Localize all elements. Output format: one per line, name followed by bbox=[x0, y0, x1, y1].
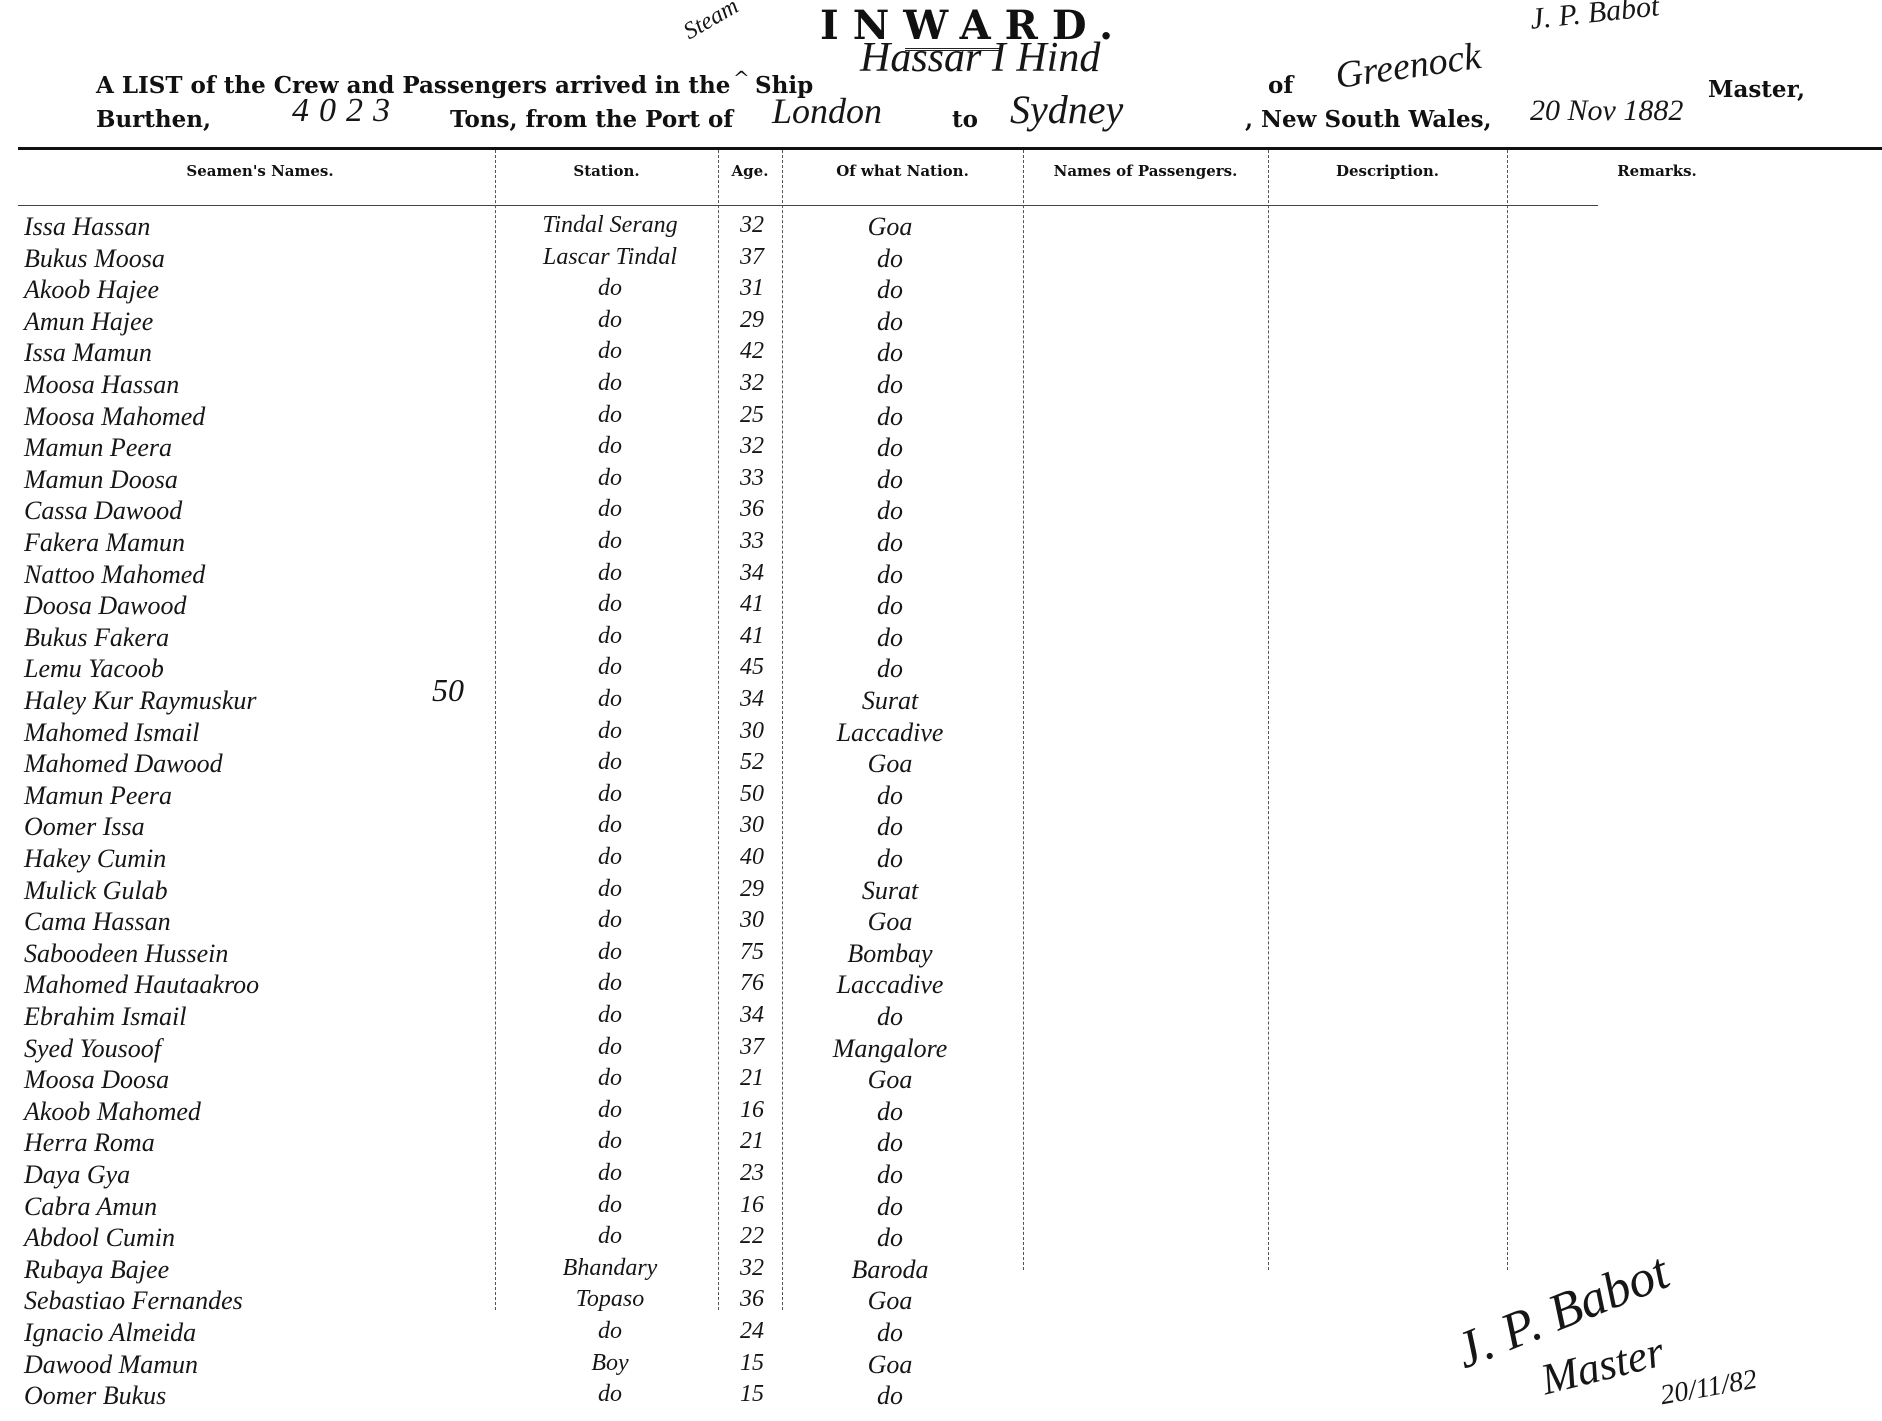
burthen-value: 4023 bbox=[292, 92, 400, 130]
seaman-nation: Mangalore bbox=[790, 1034, 990, 1064]
crew-row: Amun Hajee do 29 do bbox=[0, 307, 1000, 333]
crew-row: Akoob Hajee do 31 do bbox=[0, 275, 1000, 301]
crew-row: Cama Hassan do 30 Goa bbox=[0, 907, 1000, 933]
crew-row: Ignacio Almeida do 24 do bbox=[0, 1318, 1000, 1344]
insertion-caret-icon: ^ bbox=[733, 66, 750, 90]
seaman-name: Mamun Peera bbox=[24, 433, 172, 463]
seaman-nation: do bbox=[790, 844, 990, 874]
seaman-age: 37 bbox=[722, 1034, 782, 1061]
seaman-name: Oomer Issa bbox=[24, 812, 145, 842]
seaman-nation: Laccadive bbox=[790, 718, 990, 748]
crew-row: Herra Roma do 21 do bbox=[0, 1128, 1000, 1154]
seaman-age: 41 bbox=[722, 623, 782, 650]
seaman-age: 32 bbox=[722, 212, 782, 239]
column-header-remarks: Remarks. bbox=[1507, 162, 1807, 180]
crew-row: Doosa Dawood do 41 do bbox=[0, 591, 1000, 617]
seaman-age: 25 bbox=[722, 402, 782, 429]
seaman-station: do bbox=[500, 560, 720, 587]
crew-row: Mamun Peera do 32 do bbox=[0, 433, 1000, 459]
seaman-age: 29 bbox=[722, 876, 782, 903]
seaman-name: Mulick Gulab bbox=[24, 876, 168, 906]
seaman-station: do bbox=[500, 781, 720, 808]
seaman-age: 36 bbox=[722, 496, 782, 523]
signature-date: 20/11/82 bbox=[1658, 1364, 1760, 1412]
crew-row: Abdool Cumin do 22 do bbox=[0, 1223, 1000, 1249]
seaman-nation: do bbox=[790, 1192, 990, 1222]
seaman-station: do bbox=[500, 623, 720, 650]
steam-insertion: Steam bbox=[679, 0, 743, 46]
from-port: London bbox=[772, 90, 882, 132]
burthen-label: Burthen, bbox=[96, 106, 211, 133]
seaman-age: 30 bbox=[722, 718, 782, 745]
seaman-nation: Baroda bbox=[790, 1255, 990, 1285]
seaman-name: Cassa Dawood bbox=[24, 496, 182, 526]
seaman-station: do bbox=[500, 970, 720, 997]
seaman-age: 15 bbox=[722, 1381, 782, 1408]
seaman-name: Cabra Amun bbox=[24, 1192, 157, 1222]
seaman-nation: do bbox=[790, 307, 990, 337]
seaman-nation: do bbox=[790, 1160, 990, 1190]
crew-row: Hakey Cumin do 40 do bbox=[0, 844, 1000, 870]
seaman-station: do bbox=[500, 591, 720, 618]
crew-row: Ebrahim Ismail do 34 do bbox=[0, 1002, 1000, 1028]
crew-row: Oomer Bukus do 15 do bbox=[0, 1381, 1000, 1407]
seaman-name: Hakey Cumin bbox=[24, 844, 166, 874]
crew-row: Moosa Doosa do 21 Goa bbox=[0, 1065, 1000, 1091]
seaman-station: Lascar Tindal bbox=[500, 244, 720, 271]
seaman-age: 22 bbox=[722, 1223, 782, 1250]
column-header-nation: Of what Nation. bbox=[782, 162, 1023, 180]
header-rule bbox=[18, 147, 1882, 150]
seaman-name: Saboodeen Hussein bbox=[24, 939, 228, 969]
seaman-age: 16 bbox=[722, 1192, 782, 1219]
seaman-name: Mahomed Ismail bbox=[24, 718, 199, 748]
seaman-nation: do bbox=[790, 244, 990, 274]
column-header-rule bbox=[18, 205, 1598, 206]
seaman-nation: do bbox=[790, 1097, 990, 1127]
seaman-station: do bbox=[500, 1034, 720, 1061]
seaman-name: Sebastiao Fernandes bbox=[24, 1286, 243, 1316]
crew-row: Issa Hassan Tindal Serang 32 Goa bbox=[0, 212, 1000, 238]
crew-row: Bukus Fakera do 41 do bbox=[0, 623, 1000, 649]
seaman-station: do bbox=[500, 939, 720, 966]
seaman-name: Dawood Mamun bbox=[24, 1350, 198, 1380]
seaman-station: do bbox=[500, 338, 720, 365]
seaman-age: 32 bbox=[722, 1255, 782, 1282]
seaman-name: Syed Yousoof bbox=[24, 1034, 161, 1064]
seaman-age: 33 bbox=[722, 465, 782, 492]
crew-row: Moosa Hassan do 32 do bbox=[0, 370, 1000, 396]
seaman-name: Doosa Dawood bbox=[24, 591, 187, 621]
seaman-name: Haley Kur Raymuskur bbox=[24, 686, 257, 716]
seaman-station: do bbox=[500, 812, 720, 839]
seaman-nation: Goa bbox=[790, 1286, 990, 1316]
seaman-age: 21 bbox=[722, 1065, 782, 1092]
crew-row: Lemu Yacoob do 45 do bbox=[0, 654, 1000, 680]
seaman-station: do bbox=[500, 1097, 720, 1124]
seaman-station: do bbox=[500, 275, 720, 302]
seaman-station: do bbox=[500, 402, 720, 429]
seaman-nation: Goa bbox=[790, 907, 990, 937]
seaman-station: do bbox=[500, 1223, 720, 1250]
seaman-age: 24 bbox=[722, 1318, 782, 1345]
seaman-name: Ignacio Almeida bbox=[24, 1318, 196, 1348]
seaman-station: do bbox=[500, 465, 720, 492]
column-header-station: Station. bbox=[495, 162, 718, 180]
seaman-name: Lemu Yacoob bbox=[24, 654, 164, 684]
seaman-name: Herra Roma bbox=[24, 1128, 155, 1158]
seaman-age: 23 bbox=[722, 1160, 782, 1187]
seaman-nation: do bbox=[790, 1223, 990, 1253]
seaman-name: Ebrahim Ismail bbox=[24, 1002, 187, 1032]
tons-label: Tons, from the Port of bbox=[450, 106, 733, 133]
seaman-nation: Goa bbox=[790, 212, 990, 242]
seaman-station: Bhandary bbox=[500, 1255, 720, 1282]
seaman-name: Issa Hassan bbox=[24, 212, 150, 242]
seaman-age: 34 bbox=[722, 686, 782, 713]
seaman-nation: do bbox=[790, 433, 990, 463]
seaman-nation: do bbox=[790, 812, 990, 842]
seaman-station: do bbox=[500, 749, 720, 776]
margin-note: 50 bbox=[432, 672, 464, 709]
seaman-age: 36 bbox=[722, 1286, 782, 1313]
seaman-station: do bbox=[500, 1381, 720, 1408]
to-port: Sydney bbox=[1010, 86, 1123, 133]
seaman-age: 33 bbox=[722, 528, 782, 555]
seaman-name: Moosa Mahomed bbox=[24, 402, 205, 432]
home-port: Greenock bbox=[1333, 34, 1484, 98]
seaman-station: Boy bbox=[500, 1350, 720, 1377]
column-divider bbox=[1268, 150, 1269, 1270]
nsw-label: , New South Wales, bbox=[1245, 106, 1492, 133]
seaman-nation: do bbox=[790, 465, 990, 495]
seaman-name: Akoob Hajee bbox=[24, 275, 159, 305]
seaman-age: 41 bbox=[722, 591, 782, 618]
seaman-age: 32 bbox=[722, 433, 782, 460]
crew-row: Cassa Dawood do 36 do bbox=[0, 496, 1000, 522]
seaman-age: 30 bbox=[722, 907, 782, 934]
crew-row: Mahomed Dawood do 52 Goa bbox=[0, 749, 1000, 775]
column-divider bbox=[1023, 150, 1024, 1270]
crew-row: Bukus Moosa Lascar Tindal 37 do bbox=[0, 244, 1000, 270]
seaman-age: 42 bbox=[722, 338, 782, 365]
seaman-age: 76 bbox=[722, 970, 782, 997]
seaman-age: 34 bbox=[722, 1002, 782, 1029]
seaman-age: 29 bbox=[722, 307, 782, 334]
seaman-nation: do bbox=[790, 338, 990, 368]
seaman-nation: do bbox=[790, 1381, 990, 1411]
crew-row: Oomer Issa do 30 do bbox=[0, 812, 1000, 838]
seaman-age: 30 bbox=[722, 812, 782, 839]
seaman-name: Mahomed Hautaakroo bbox=[24, 970, 259, 1000]
seaman-station: do bbox=[500, 496, 720, 523]
seaman-age: 37 bbox=[722, 244, 782, 271]
crew-row: Issa Mamun do 42 do bbox=[0, 338, 1000, 364]
column-header-seamen-names: Seamen's Names. bbox=[40, 162, 480, 180]
crew-row: Nattoo Mahomed do 34 do bbox=[0, 560, 1000, 586]
seaman-station: do bbox=[500, 654, 720, 681]
seaman-nation: do bbox=[790, 496, 990, 526]
master-label: Master, bbox=[1708, 76, 1805, 103]
seaman-nation: Surat bbox=[790, 876, 990, 906]
seaman-nation: do bbox=[790, 781, 990, 811]
crew-row: Moosa Mahomed do 25 do bbox=[0, 402, 1000, 428]
seaman-station: do bbox=[500, 1002, 720, 1029]
seaman-age: 32 bbox=[722, 370, 782, 397]
seaman-station: do bbox=[500, 844, 720, 871]
seaman-name: Issa Mamun bbox=[24, 338, 152, 368]
seaman-station: do bbox=[500, 307, 720, 334]
seaman-nation: do bbox=[790, 370, 990, 400]
seaman-station: do bbox=[500, 876, 720, 903]
seaman-name: Amun Hajee bbox=[24, 307, 153, 337]
seaman-age: 34 bbox=[722, 560, 782, 587]
manifest-date: 20 Nov 1882 bbox=[1530, 94, 1683, 128]
master-name: J. P. Babot bbox=[1529, 0, 1661, 37]
column-header-age: Age. bbox=[718, 162, 782, 180]
to-label: to bbox=[952, 106, 978, 133]
seaman-age: 52 bbox=[722, 749, 782, 776]
seaman-name: Akoob Mahomed bbox=[24, 1097, 201, 1127]
crew-row: Mulick Gulab do 29 Surat bbox=[0, 876, 1000, 902]
crew-row: Haley Kur Raymuskur do 34 Surat bbox=[0, 686, 1000, 712]
seaman-nation: do bbox=[790, 591, 990, 621]
seaman-nation: do bbox=[790, 1128, 990, 1158]
seaman-nation: Surat bbox=[790, 686, 990, 716]
seaman-nation: do bbox=[790, 623, 990, 653]
seaman-name: Cama Hassan bbox=[24, 907, 171, 937]
seaman-name: Mahomed Dawood bbox=[24, 749, 223, 779]
seaman-station: do bbox=[500, 1318, 720, 1345]
seaman-station: Topaso bbox=[500, 1286, 720, 1313]
seaman-age: 50 bbox=[722, 781, 782, 808]
seaman-age: 21 bbox=[722, 1128, 782, 1155]
crew-row: Dawood Mamun Boy 15 Goa bbox=[0, 1350, 1000, 1376]
of-label: of bbox=[1268, 72, 1293, 99]
seaman-nation: do bbox=[790, 654, 990, 684]
seaman-station: Tindal Serang bbox=[500, 212, 720, 239]
seaman-station: do bbox=[500, 528, 720, 555]
crew-row: Mamun Doosa do 33 do bbox=[0, 465, 1000, 491]
seaman-name: Bukus Moosa bbox=[24, 244, 165, 274]
crew-row: Cabra Amun do 16 do bbox=[0, 1192, 1000, 1218]
ship-name: Hassar I Hind bbox=[860, 34, 1100, 82]
seaman-name: Fakera Mamun bbox=[24, 528, 185, 558]
seaman-nation: do bbox=[790, 528, 990, 558]
seaman-station: do bbox=[500, 907, 720, 934]
seaman-nation: Laccadive bbox=[790, 970, 990, 1000]
crew-row: Fakera Mamun do 33 do bbox=[0, 528, 1000, 554]
seaman-station: do bbox=[500, 1192, 720, 1219]
seaman-age: 75 bbox=[722, 939, 782, 966]
column-divider bbox=[1507, 150, 1508, 1270]
seaman-name: Mamun Peera bbox=[24, 781, 172, 811]
seaman-station: do bbox=[500, 433, 720, 460]
seaman-nation: do bbox=[790, 402, 990, 432]
crew-row: Akoob Mahomed do 16 do bbox=[0, 1097, 1000, 1123]
seaman-name: Bukus Fakera bbox=[24, 623, 169, 653]
crew-row: Sebastiao Fernandes Topaso 36 Goa bbox=[0, 1286, 1000, 1312]
heading-prefix: A LIST of the Crew and Passengers arrive… bbox=[96, 72, 730, 99]
seaman-nation: Bombay bbox=[790, 939, 990, 969]
seaman-age: 40 bbox=[722, 844, 782, 871]
crew-row: Mahomed Hautaakroo do 76 Laccadive bbox=[0, 970, 1000, 996]
seaman-age: 16 bbox=[722, 1097, 782, 1124]
seaman-station: do bbox=[500, 370, 720, 397]
crew-row: Rubaya Bajee Bhandary 32 Baroda bbox=[0, 1255, 1000, 1281]
column-header-passenger-names: Names of Passengers. bbox=[1023, 162, 1268, 180]
seaman-nation: Goa bbox=[790, 1065, 990, 1095]
seaman-nation: do bbox=[790, 275, 990, 305]
seaman-station: do bbox=[500, 718, 720, 745]
crew-row: Saboodeen Hussein do 75 Bombay bbox=[0, 939, 1000, 965]
seaman-name: Rubaya Bajee bbox=[24, 1255, 169, 1285]
seaman-nation: do bbox=[790, 560, 990, 590]
seaman-name: Mamun Doosa bbox=[24, 465, 178, 495]
seaman-age: 15 bbox=[722, 1350, 782, 1377]
seaman-name: Moosa Doosa bbox=[24, 1065, 169, 1095]
seaman-name: Moosa Hassan bbox=[24, 370, 179, 400]
seaman-nation: Goa bbox=[790, 1350, 990, 1380]
seaman-nation: do bbox=[790, 1318, 990, 1348]
seaman-age: 45 bbox=[722, 654, 782, 681]
column-header-description: Description. bbox=[1268, 162, 1507, 180]
seaman-name: Nattoo Mahomed bbox=[24, 560, 205, 590]
seaman-nation: do bbox=[790, 1002, 990, 1032]
crew-row: Daya Gya do 23 do bbox=[0, 1160, 1000, 1186]
seaman-station: do bbox=[500, 1065, 720, 1092]
crew-row: Mamun Peera do 50 do bbox=[0, 781, 1000, 807]
seaman-station: do bbox=[500, 1128, 720, 1155]
seaman-station: do bbox=[500, 1160, 720, 1187]
seaman-name: Daya Gya bbox=[24, 1160, 130, 1190]
seaman-nation: Goa bbox=[790, 749, 990, 779]
seaman-station: do bbox=[500, 686, 720, 713]
crew-row: Syed Yousoof do 37 Mangalore bbox=[0, 1034, 1000, 1060]
seaman-name: Oomer Bukus bbox=[24, 1381, 166, 1411]
seaman-name: Abdool Cumin bbox=[24, 1223, 175, 1253]
crew-row: Mahomed Ismail do 30 Laccadive bbox=[0, 718, 1000, 744]
seaman-age: 31 bbox=[722, 275, 782, 302]
